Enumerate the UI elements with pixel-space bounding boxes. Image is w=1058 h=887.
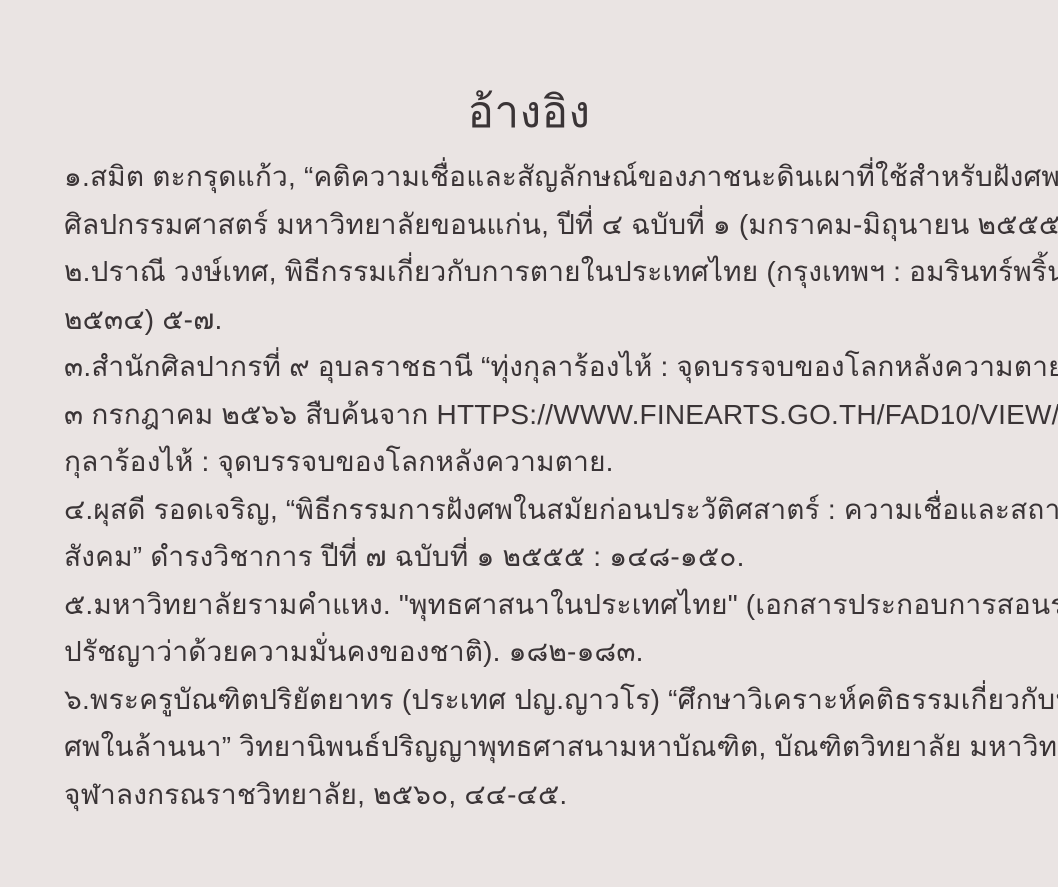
- reference-4-line-1: ๔.ผุสดี รอดเจริญ, “พิธีกรรมการฝังศพในสมั…: [64, 486, 994, 534]
- reference-6-line-3: จุฬาลงกรณราชวิทยาลัย, ๒๕๖๐, ๔๔-๔๕.: [64, 771, 994, 819]
- reference-4-line-2: สังคม” ดำรงวิชาการ ปีที่ ๗ ฉบับที่ ๑ ๒๕๕…: [64, 533, 994, 581]
- page-title: อ้างอิง: [64, 84, 994, 141]
- reference-1-line-2: ศิลปกรรมศาสตร์ มหาวิทยาลัยขอนแก่น, ปีที่…: [64, 201, 994, 249]
- reference-5-line-1: ๕.มหาวิทยาลัยรามคำแหง. "พุทธศาสนาในประเท…: [64, 581, 994, 629]
- reference-1-line-1: ๑.สมิต ตะกรุดแก้ว, “คติความเชื่อและสัญลั…: [64, 153, 994, 201]
- references-page: อ้างอิง ๑.สมิต ตะกรุดแก้ว, “คติความเชื่อ…: [0, 0, 1058, 887]
- reference-5-line-2: ปรัชญาว่าด้วยความมั่นคงของชาติ). ๑๘๒-๑๘๓…: [64, 628, 994, 676]
- reference-3-line-3: กุลาร้องไห้ : จุดบรรจบของโลกหลังความตาย.: [64, 438, 994, 486]
- reference-6-line-1: ๖.พระครูบัณฑิตปริยัตยาทร (ประเทศ ปญ.ญาวโ…: [64, 676, 994, 724]
- reference-2-line-2: ๒๕๓๔) ๕-๗.: [64, 296, 994, 344]
- reference-6-line-2: ศพในล้านนา” วิทยานิพนธ์ปริญญาพุทธศาสนามห…: [64, 723, 994, 771]
- reference-3-line-1: ๓.สำนักศิลปากรที่ ๙ อุบลราชธานี “ทุ่งกุล…: [64, 343, 994, 391]
- references-list: ๑.สมิต ตะกรุดแก้ว, “คติความเชื่อและสัญลั…: [64, 153, 994, 818]
- reference-2-line-1: ๒.ปราณี วงษ์เทศ, พิธีกรรมเกี่ยวกับการตาย…: [64, 248, 994, 296]
- reference-3-line-2: ๓ กรกฎาคม ๒๕๖๖ สืบค้นจาก HTTPS://WWW.FIN…: [64, 391, 994, 439]
